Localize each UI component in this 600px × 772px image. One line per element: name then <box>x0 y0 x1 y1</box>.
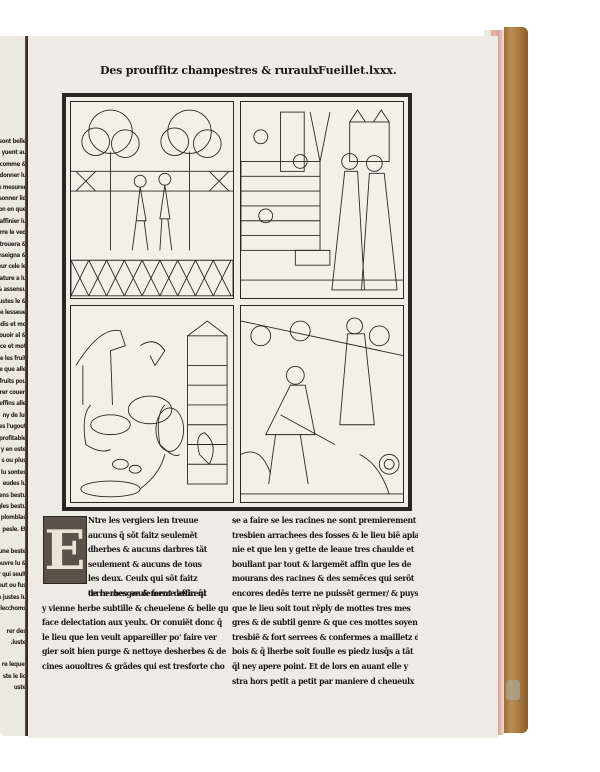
left-page-text-line: treut ou fus <box>0 580 26 591</box>
left-page-text-line: e mesurer <box>0 182 26 193</box>
text-line: encores dedẽs terre ne puissẽt germer/ &… <box>232 587 418 602</box>
left-page-text-line: ferre le ved <box>0 227 26 238</box>
left-page-text-line: & enseigna <box>0 250 26 261</box>
text-line: mourans des racines & des semẽces qui se… <box>232 572 418 587</box>
left-page-text-line: ur qui seult <box>0 569 26 580</box>
text-line: tresbiẽ & fort serrees & confermes a mai… <box>232 631 418 646</box>
left-page-text-line: profitable <box>0 433 26 444</box>
left-page-text-line: luste. <box>0 637 26 648</box>
left-page-text-line: plomblas <box>0 512 26 523</box>
left-page-text-line: uste <box>0 682 26 693</box>
left-page-text-line: effins alle <box>0 398 26 409</box>
left-page-text-line: gles bestu <box>0 501 26 512</box>
left-page-text-line: be lesseue <box>0 307 26 318</box>
leather-binding <box>504 27 528 733</box>
left-page-text-line: sont belle <box>0 136 26 147</box>
text-line: tresbien arrachees des fosses & le lieu … <box>232 529 418 544</box>
left-page-text-line: pesle. Et <box>0 524 26 535</box>
left-page-text-line: lisonner lid <box>0 193 26 204</box>
left-page-text-line: affinier lu <box>0 216 26 227</box>
left-page-text-line: ne les fruit <box>0 353 26 364</box>
left-page-text-line: andis et mo <box>0 319 26 330</box>
text-line: seulement & aucuns de tous <box>88 558 228 573</box>
left-page-text-line: ature a lu <box>0 273 26 284</box>
text-line: y vienne herbe subtille & cheuelene & be… <box>42 602 228 617</box>
left-page-text-line: & comme <box>0 159 26 170</box>
decorated-initial: E <box>43 516 87 584</box>
left-page-text-line: ercune beste <box>0 546 26 557</box>
left-page-text-line: grāce et mot <box>0 341 26 352</box>
text-line: gres & de subtil genre & que ces mottes … <box>232 616 418 631</box>
text-line: Ntre les vergiers len treuue <box>88 514 228 529</box>
text-line: se a faire se les racines ne sont premie… <box>232 514 418 529</box>
left-page-text-line: & fustes le <box>0 296 26 307</box>
text-line: aucuns q̃ sõt faitz seulemẽt <box>88 529 228 544</box>
left-page-text-line: fruits pou <box>0 376 26 387</box>
left-page-text-line: yuent au <box>0 147 26 158</box>
left-page-text-line: ue justes lu <box>0 592 26 603</box>
woodcut-panel-builders <box>240 101 404 299</box>
open-book-photo: sont belleyuent au& commedonner lue mesu… <box>0 0 600 772</box>
text-line: boullant par tout & largemẽt affin que l… <box>232 558 418 573</box>
left-page-text-line: ny de lui <box>0 410 26 421</box>
text-line: le lieu que len veult appareiller po' fa… <box>42 631 228 646</box>
text-line: bois & q̃ lherbe soit foulle es piedz iu… <box>232 645 418 660</box>
left-page-text-line: ens bestu <box>0 490 26 501</box>
left-page-text-line: ste le lio <box>0 671 26 682</box>
left-page-text-line: ueur cele le <box>0 261 26 272</box>
text-line: les deux. Ceulx qui sõt faitz <box>88 572 228 587</box>
column-2: se a faire se les racines ne sont premie… <box>232 514 418 689</box>
text-line: cines aouoltres & grãdes qui est tresfor… <box>42 660 228 675</box>
woodcut-illustration <box>62 93 412 511</box>
folio-number: Fueillet.lxxx. <box>318 64 397 77</box>
left-page-text-line: tues l'ugout <box>0 421 26 432</box>
left-page-text-line: rer des <box>0 626 26 637</box>
left-page-text-line: ure que alle <box>0 364 26 375</box>
text-line: que le lieu soit tout rẽply de mottes tr… <box>232 602 418 617</box>
woodcut-panel-orchard <box>70 101 234 299</box>
text-line: terre mesgre & ferme affin q̃l <box>42 587 228 602</box>
left-page-text-line: re lequel <box>0 659 26 670</box>
left-page-text-line: lecchoms. <box>0 603 26 614</box>
left-page: sont belleyuent au& commedonner lue mesu… <box>0 36 28 736</box>
left-page-text-line: donner lu <box>0 170 26 181</box>
text-line: gier soit bien purge & nettoye desherbes… <box>42 645 228 660</box>
text-line: dherbes & aucuns darbres tãt <box>88 543 228 558</box>
left-page-text-line: erer couen <box>0 387 26 398</box>
orchard-illustration <box>71 102 233 298</box>
left-page-text-line: & pouoir al <box>0 330 26 341</box>
woodcut-panel-vineyard <box>240 305 404 503</box>
running-head: Des prouffitz champestres & ruraulx <box>100 64 319 77</box>
text-line: stra hors petit a petit par maniere d ch… <box>232 675 418 690</box>
binding-wear-spot <box>506 680 520 700</box>
left-page-text-line: & pauvre lu <box>0 558 26 569</box>
left-page-text: sont belleyuent au& commedonner lue mesu… <box>0 136 26 694</box>
vineyard-illustration <box>241 306 403 502</box>
farmyard-illustration <box>71 306 233 502</box>
text-line: nie et que len y gette de leaue tres cha… <box>232 543 418 558</box>
left-page-text-line: e lu sontes <box>0 467 26 478</box>
left-page-text-line: y en oste <box>0 444 26 455</box>
left-page-text-line: & trouera <box>0 239 26 250</box>
left-page-text-line: s ou plus <box>0 455 26 466</box>
column-1-lower: terre mesgre & ferme affin q̃l y vienne … <box>42 587 228 675</box>
builders-illustration <box>241 102 403 298</box>
text-line: face delectation aux yeulx. Or conuiẽt d… <box>42 616 228 631</box>
woodcut-panel-farmyard <box>70 305 234 503</box>
left-page-text-line: es & assensu <box>0 284 26 295</box>
left-page-text-line: con en que <box>0 204 26 215</box>
left-page-text-line: eudes lu <box>0 478 26 489</box>
text-line: q̃l ney apere point. Et de lors en auant… <box>232 660 418 675</box>
